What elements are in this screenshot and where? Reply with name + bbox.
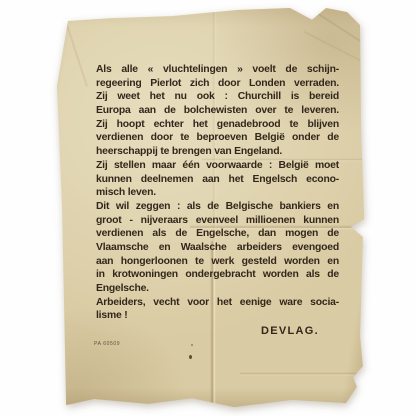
text-line: groot - nijveraars evenveel millioenen k…: [96, 214, 339, 228]
ink-stain-small: [191, 344, 193, 346]
text-line: regeering Pierlot zich door Londen verra…: [96, 77, 339, 91]
scan-background: Als alle « vluchtelingen » voelt de schi…: [0, 0, 416, 416]
text-line: aan hongerloonen te werk gesteld worden …: [96, 255, 339, 269]
leaflet-lines: Als alle « vluchtelingen » voelt de schi…: [96, 63, 339, 323]
ink-stain: [189, 355, 192, 359]
text-line: Zij weet het nu ook : Churchill is berei…: [96, 90, 339, 104]
crease-diagonal-topleft: [62, 12, 89, 87]
text-line: verdienen als de Engelsche, dan mogen de: [96, 227, 339, 241]
text-line: Zij stellen maar één voorwaarde : België…: [96, 159, 339, 173]
leaflet-paper: Als alle « vluchtelingen » voelt de schi…: [52, 6, 366, 412]
signature-devlag: DEVLAG.: [96, 325, 339, 339]
imprint-code: PA 60509: [94, 342, 120, 347]
text-line: Engelsche.: [96, 282, 339, 296]
text-line: Dit wil zeggen : als de Belgische bankie…: [96, 200, 339, 214]
text-line: Arbeiders, vecht voor het eenige ware so…: [96, 296, 339, 310]
crease-diagonal-topright-2: [303, 30, 367, 64]
paper-shadow-wrapper: Als alle « vluchtelingen » voelt de schi…: [0, 0, 416, 416]
text-line: verdienen door te beproeven België onder…: [96, 131, 339, 145]
text-line: misch leven.: [96, 186, 339, 200]
leaflet-text: Als alle « vluchtelingen » voelt de schi…: [96, 63, 339, 339]
text-line: Europa aan de bolchewisten over te lever…: [96, 104, 339, 118]
text-line: kunnen deelnemen aan het Engelsch econo-: [96, 173, 339, 187]
text-line: Als alle « vluchtelingen » voelt de schi…: [96, 63, 339, 77]
crease-diagonal-topright-1: [291, 0, 370, 48]
text-line: Vlaamsche en Waalsche arbeiders evengoed: [96, 241, 339, 255]
crease-horizontal-lower: [240, 372, 366, 376]
text-line: lisme !: [96, 309, 339, 323]
text-line: Zij hoopt echter het genadebrood te blij…: [96, 118, 339, 132]
text-line: heerschappij te brengen van Engeland.: [96, 145, 339, 159]
text-line: in krotwoningen ondergebracht worden als…: [96, 268, 339, 282]
